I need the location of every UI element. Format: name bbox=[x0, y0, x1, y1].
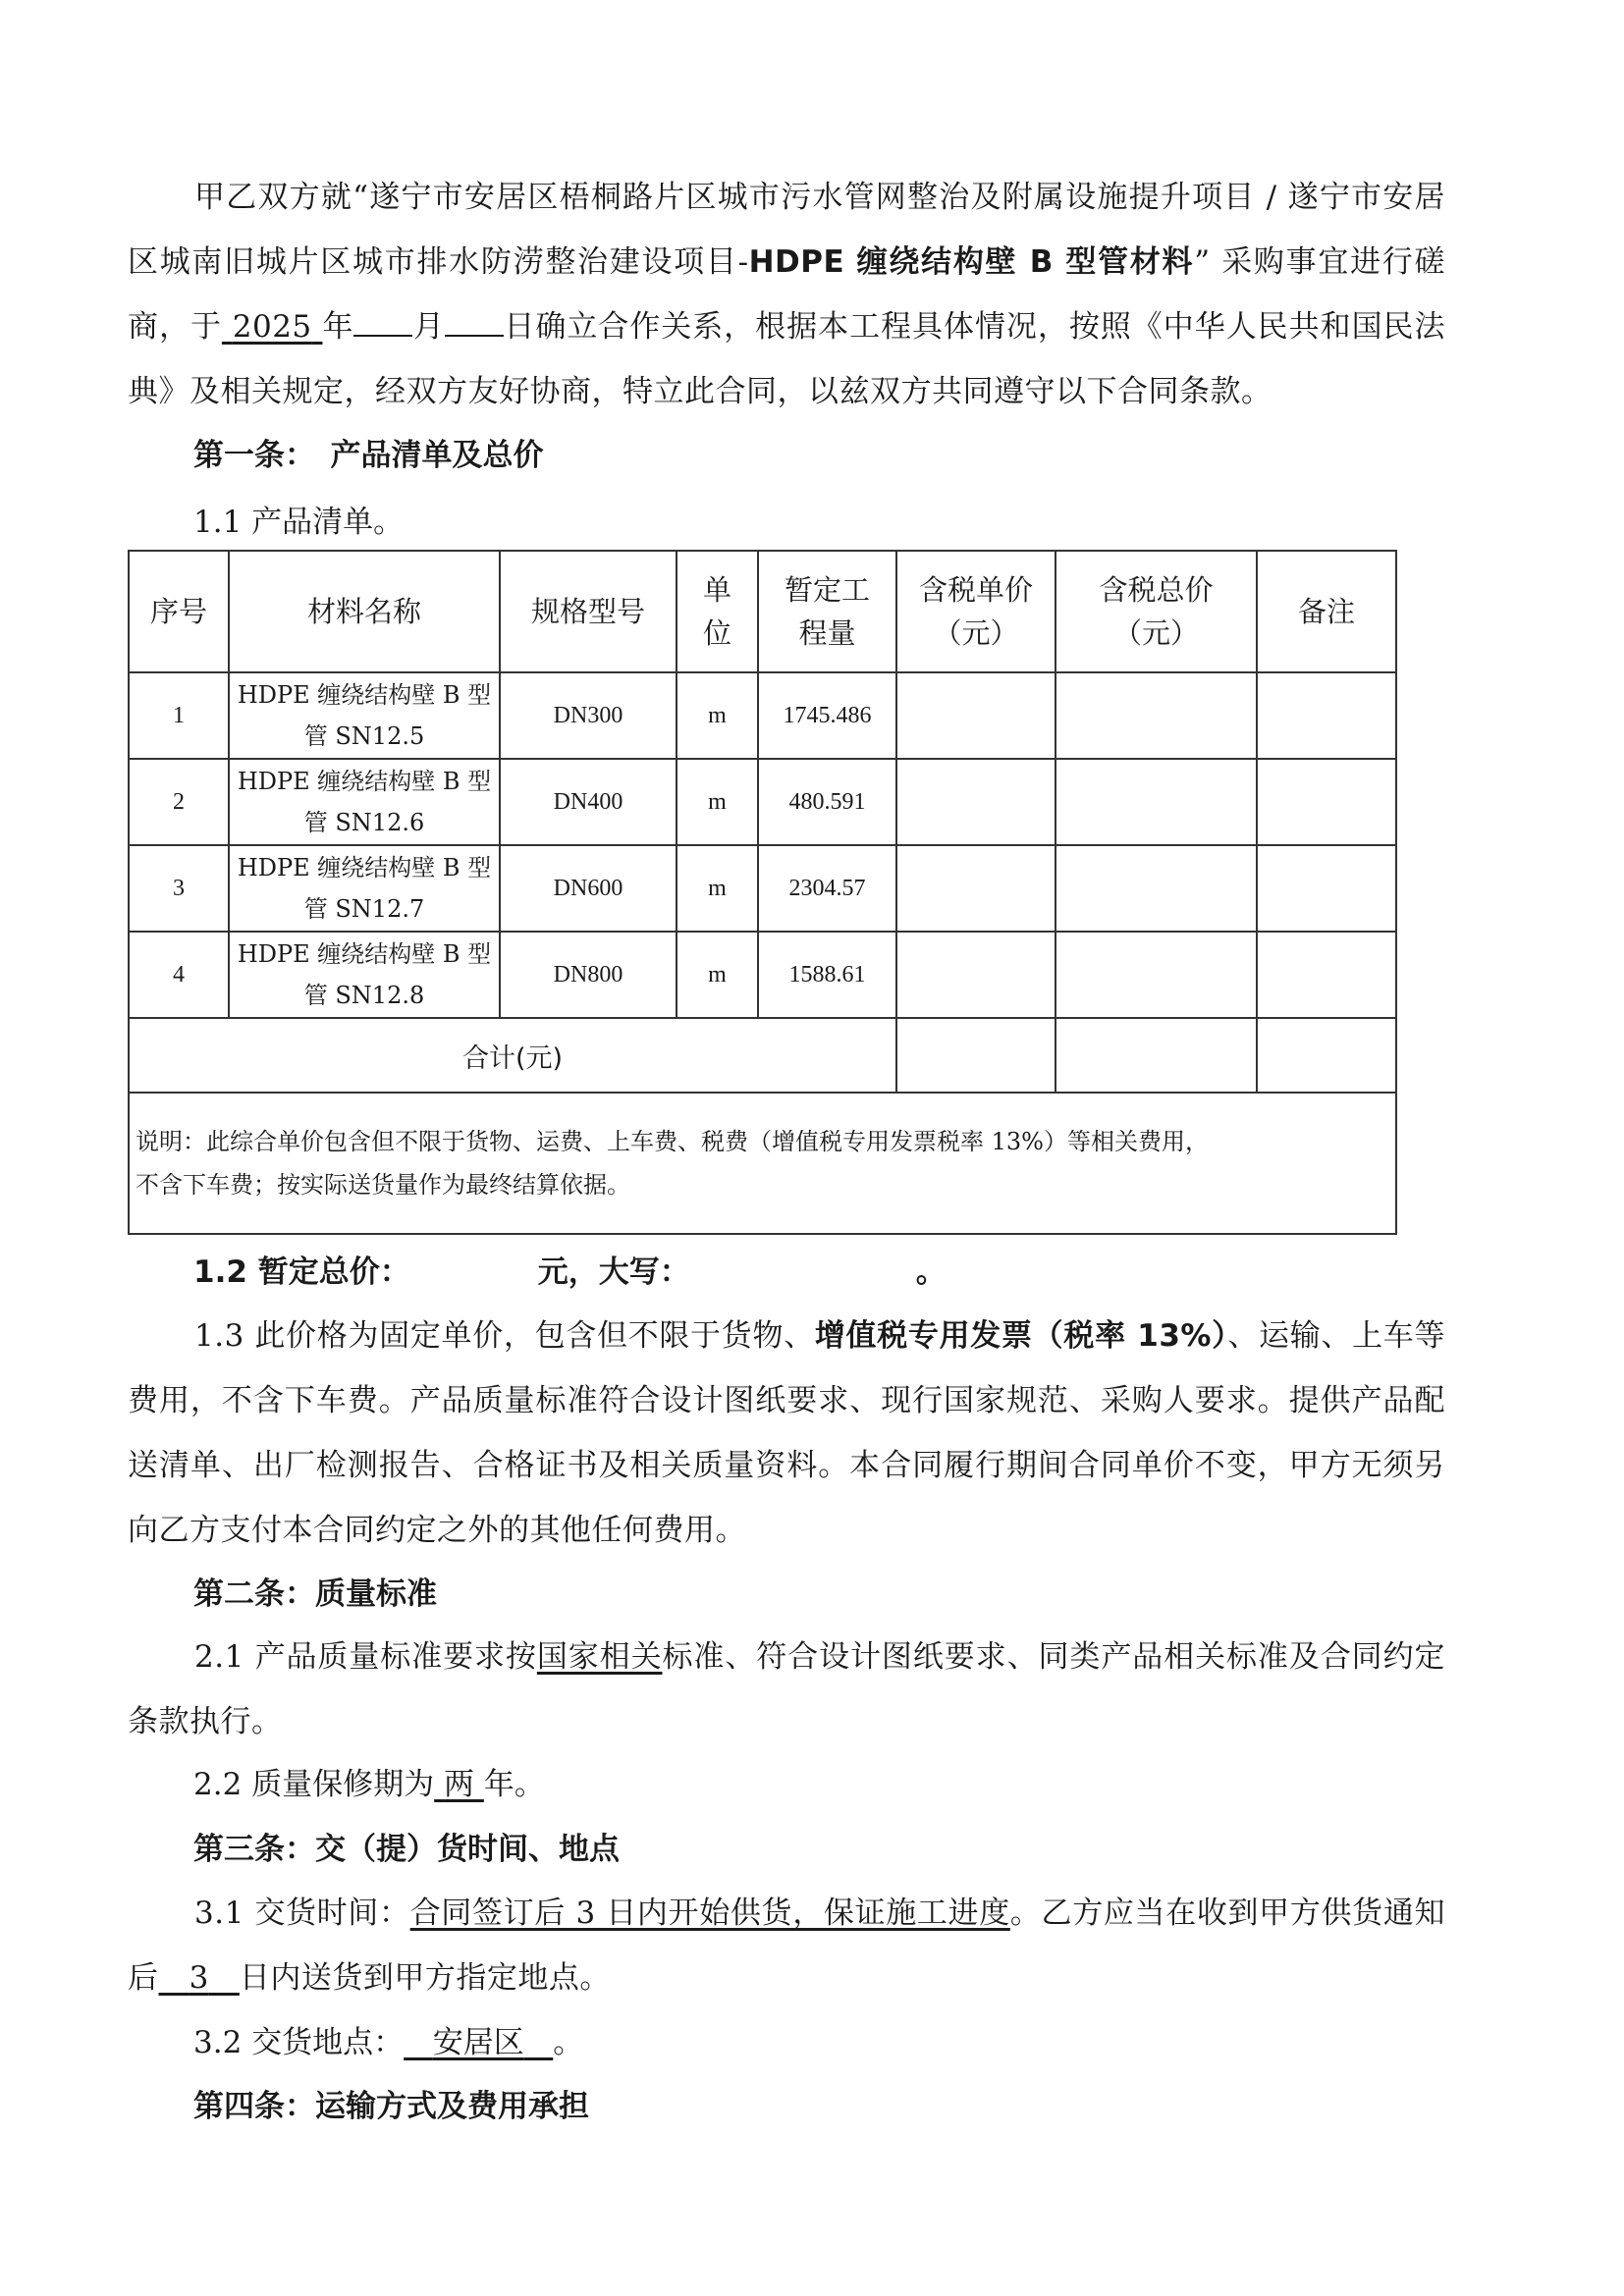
national-standard-underline: 国家相关 bbox=[537, 1639, 663, 1675]
section-2-2: 2.2 质量保修期为 两 年。 bbox=[193, 1765, 1511, 1804]
row-total-price[interactable] bbox=[1056, 759, 1257, 845]
row-name: HDPE 缠绕结构壁 B 型管 SN12.6 bbox=[229, 759, 500, 845]
row-no: 1 bbox=[129, 672, 229, 759]
row-remark[interactable] bbox=[1257, 759, 1396, 845]
row-remark[interactable] bbox=[1257, 932, 1396, 1018]
row-unit: m bbox=[677, 932, 758, 1018]
row-no: 4 bbox=[129, 932, 229, 1018]
article2-heading: 第二条：质量标准 bbox=[193, 1575, 1511, 1614]
delivery-place: 安居区 bbox=[404, 2025, 553, 2060]
contract-page: 甲乙双方就“遂宁市安居区梧桐路片区城市污水管网整治及附属设施提升项目 / 遂宁市… bbox=[0, 0, 1624, 2296]
warranty-years: 两 bbox=[434, 1767, 484, 1802]
row-spec: DN400 bbox=[500, 759, 677, 845]
header-remark: 备注 bbox=[1257, 551, 1396, 672]
header-unit: 单位 bbox=[677, 551, 758, 672]
header-name: 材料名称 bbox=[229, 551, 500, 672]
intro-year: 2025 bbox=[222, 309, 323, 345]
table-row: 1 HDPE 缠绕结构壁 B 型管 SN12.5 DN300 m 1745.48… bbox=[129, 672, 1396, 759]
header-qty: 暂定工程量 bbox=[758, 551, 896, 672]
row-qty: 2304.57 bbox=[758, 845, 896, 932]
month-unit: 月 bbox=[412, 309, 444, 345]
total-label: 合计(元) bbox=[129, 1018, 896, 1093]
row-remark[interactable] bbox=[1257, 672, 1396, 759]
row-spec: DN300 bbox=[500, 672, 677, 759]
row-total-price[interactable] bbox=[1056, 845, 1257, 932]
table-row: 2 HDPE 缠绕结构壁 B 型管 SN12.6 DN400 m 480.591 bbox=[129, 759, 1396, 845]
row-unit-price[interactable] bbox=[896, 672, 1056, 759]
header-total-price: 含税总价（元） bbox=[1056, 551, 1257, 672]
row-name: HDPE 缠绕结构壁 B 型管 SN12.7 bbox=[229, 845, 500, 932]
row-spec: DN600 bbox=[500, 845, 677, 932]
total-unit-price[interactable] bbox=[896, 1018, 1056, 1093]
header-unit-price: 含税单价（元） bbox=[896, 551, 1056, 672]
row-unit: m bbox=[677, 759, 758, 845]
section-2-1: 2.1 产品质量标准要求按国家相关标准、符合设计图纸要求、同类产品相关标准及合同… bbox=[128, 1625, 1445, 1754]
header-spec: 规格型号 bbox=[500, 551, 677, 672]
row-unit-price[interactable] bbox=[896, 845, 1056, 932]
section-3-2: 3.2 交货地点： 安居区 。 bbox=[193, 2023, 1511, 2062]
total-price[interactable] bbox=[1056, 1018, 1257, 1093]
row-qty: 1588.61 bbox=[758, 932, 896, 1018]
table-row: 3 HDPE 缠绕结构壁 B 型管 SN12.7 DN600 m 2304.57 bbox=[129, 845, 1396, 932]
year-unit: 年 bbox=[322, 309, 353, 345]
section-1-1: 1.1 产品清单。 bbox=[193, 503, 1511, 542]
table-note: 说明：此综合单价包含但不限于货物、运费、上车费、税费（增值税专用发票税率 13%… bbox=[129, 1093, 1396, 1234]
article4-heading: 第四条：运输方式及费用承担 bbox=[193, 2087, 1511, 2126]
row-name: HDPE 缠绕结构壁 B 型管 SN12.8 bbox=[229, 932, 500, 1018]
vat-invoice-bold: 增值税专用发票（税率 13%） bbox=[815, 1318, 1228, 1354]
row-unit-price[interactable] bbox=[896, 759, 1056, 845]
row-name: HDPE 缠绕结构壁 B 型管 SN12.5 bbox=[229, 672, 500, 759]
row-no: 2 bbox=[129, 759, 229, 845]
row-qty: 480.591 bbox=[758, 759, 896, 845]
intro-bold-material: HDPE 缠绕结构壁 B 型管材料 bbox=[749, 244, 1195, 280]
table-row: 4 HDPE 缠绕结构壁 B 型管 SN12.8 DN800 m 1588.61 bbox=[129, 932, 1396, 1018]
month-blank bbox=[353, 307, 412, 337]
delivery-time-underline: 合同签订后 3 日内开始供货，保证施工进度 bbox=[410, 1896, 1010, 1931]
section-1-3: 1.3 此价格为固定单价，包含但不限于货物、增值税专用发票（税率 13%）、运输… bbox=[128, 1304, 1445, 1563]
delivery-days: 3 bbox=[159, 1960, 240, 1996]
section-1-2: 1.2 暂定总价：元，大写：。 bbox=[193, 1253, 1511, 1292]
article3-heading: 第三条：交（提）货时间、地点 bbox=[193, 1830, 1511, 1869]
row-remark[interactable] bbox=[1257, 845, 1396, 932]
row-total-price[interactable] bbox=[1056, 932, 1257, 1018]
day-blank bbox=[445, 307, 504, 337]
row-unit-price[interactable] bbox=[896, 932, 1056, 1018]
row-qty: 1745.486 bbox=[758, 672, 896, 759]
article1-heading: 第一条： 产品清单及总价 bbox=[193, 436, 1511, 475]
row-no: 3 bbox=[129, 845, 229, 932]
row-unit: m bbox=[677, 672, 758, 759]
section-3-1: 3.1 交货时间：合同签订后 3 日内开始供货，保证施工进度。乙方应当在收到甲方… bbox=[128, 1881, 1445, 2010]
row-spec: DN800 bbox=[500, 932, 677, 1018]
row-total-price[interactable] bbox=[1056, 672, 1257, 759]
row-unit: m bbox=[677, 845, 758, 932]
product-table: 序号 材料名称 规格型号 单位 暂定工程量 含税单价（元） 含税总价（元） 备注… bbox=[128, 550, 1397, 1235]
header-no: 序号 bbox=[129, 551, 229, 672]
intro-paragraph: 甲乙双方就“遂宁市安居区梧桐路片区城市污水管网整治及附属设施提升项目 / 遂宁市… bbox=[128, 165, 1445, 424]
table-note-row: 说明：此综合单价包含但不限于货物、运费、上车费、税费（增值税专用发票税率 13%… bbox=[129, 1093, 1396, 1234]
total-remark[interactable] bbox=[1257, 1018, 1396, 1093]
table-total-row: 合计(元) bbox=[129, 1018, 1396, 1093]
table-header-row: 序号 材料名称 规格型号 单位 暂定工程量 含税单价（元） 含税总价（元） 备注 bbox=[129, 551, 1396, 672]
